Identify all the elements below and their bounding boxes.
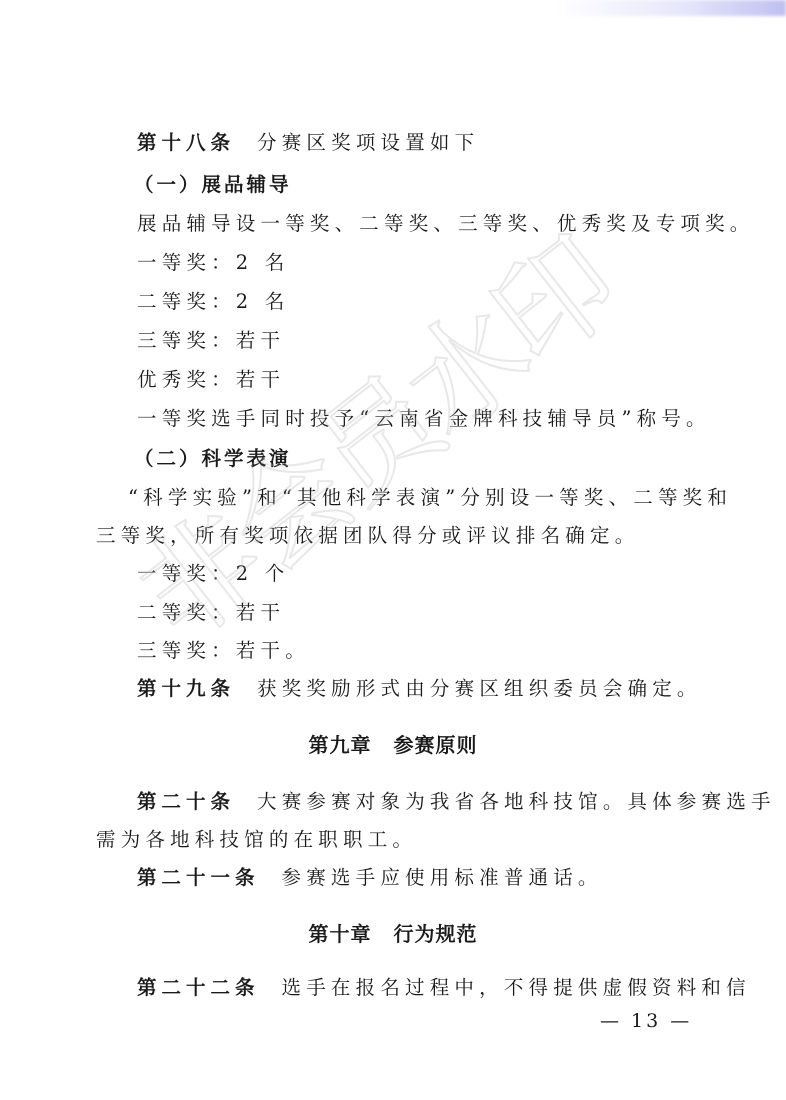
award-item: 二等奖：若干 bbox=[137, 601, 285, 625]
article-20-line2: 需为各地科技馆的在职职工。 bbox=[96, 828, 417, 852]
chapter-heading-10: 第十章行为规范 bbox=[0, 922, 786, 946]
article-label: 第十八条 bbox=[137, 131, 235, 154]
chapter-title: 行为规范 bbox=[394, 922, 478, 946]
chapter-title: 参赛原则 bbox=[394, 733, 478, 757]
article-21: 第二十一条参赛选手应使用标准普通话。 bbox=[137, 866, 603, 890]
award-item: 优秀奖：若干 bbox=[137, 368, 285, 392]
section-intro-line2: 三等奖，所有奖项依据团队得分或评议排名确定。 bbox=[96, 524, 639, 548]
article-20-line1: 第二十条大赛参赛对象为我省各地科技馆。具体参赛选手 bbox=[137, 790, 776, 814]
article-18: 第十八条分赛区奖项设置如下 bbox=[137, 131, 479, 155]
award-item: 三等奖：若干。 bbox=[137, 639, 310, 663]
article-text: 获奖奖励形式由分赛区组织委员会确定。 bbox=[257, 677, 702, 700]
article-label: 第二十二条 bbox=[137, 976, 260, 999]
article-text: 选手在报名过程中，不得提供虚假资料和信 bbox=[282, 976, 751, 999]
article-label: 第十九条 bbox=[137, 677, 235, 700]
chapter-number: 第九章 bbox=[309, 733, 372, 757]
section-intro: 展品辅导设一等奖、二等奖、三等奖、优秀奖及专项奖。 bbox=[137, 212, 755, 236]
section-heading-science-performance: （二）科学表演 bbox=[134, 447, 292, 471]
article-text: 参赛选手应使用标准普通话。 bbox=[282, 866, 603, 889]
chapter-number: 第十章 bbox=[309, 922, 372, 946]
document-page: 第十八条分赛区奖项设置如下 （一）展品辅导 展品辅导设一等奖、二等奖、三等奖、优… bbox=[0, 0, 786, 1100]
award-item: 二等奖：2 名 bbox=[137, 290, 290, 314]
article-text: 分赛区奖项设置如下 bbox=[257, 131, 479, 154]
page-number: — 13 — bbox=[600, 1010, 692, 1032]
article-label: 第二十一条 bbox=[137, 866, 260, 889]
article-19: 第十九条获奖奖励形式由分赛区组织委员会确定。 bbox=[137, 677, 702, 701]
section-heading-exhibit-guidance: （一）展品辅导 bbox=[134, 173, 292, 197]
award-item: 一等奖：2 个 bbox=[137, 562, 290, 586]
article-22: 第二十二条选手在报名过程中，不得提供虚假资料和信 bbox=[137, 976, 751, 1000]
section-note: 一等奖选手同时投予“云南省金牌科技辅导员”称号。 bbox=[137, 407, 711, 431]
article-label: 第二十条 bbox=[137, 790, 235, 813]
award-item: 三等奖：若干 bbox=[137, 329, 285, 353]
article-text: 大赛参赛对象为我省各地科技馆。具体参赛选手 bbox=[257, 790, 776, 813]
section-intro-line1: “科学实验”和“其他科学表演”分别设一等奖、二等奖和 bbox=[128, 486, 732, 510]
scan-edge-artifact bbox=[556, 0, 786, 16]
award-item: 一等奖：2 名 bbox=[137, 251, 290, 275]
chapter-heading-9: 第九章参赛原则 bbox=[0, 733, 786, 757]
